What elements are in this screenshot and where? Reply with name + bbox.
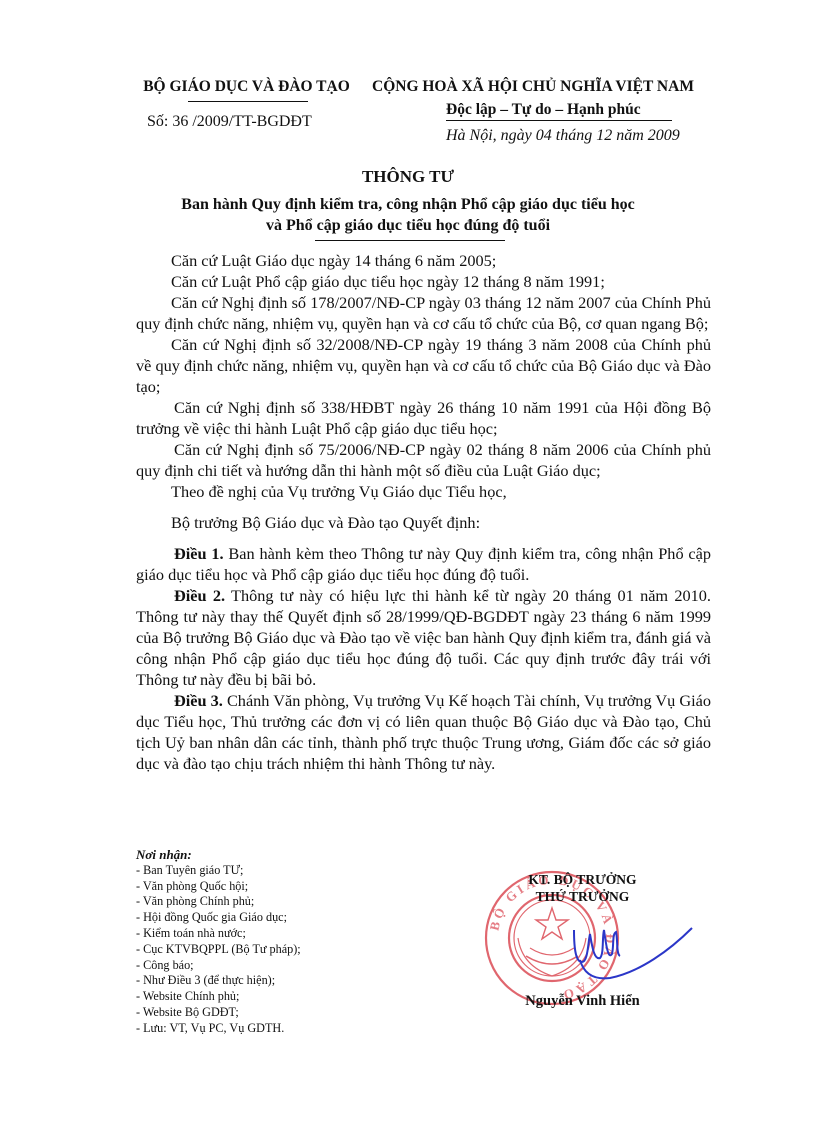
signature-block: BỘ GIÁO DỤC VÀ ĐÀO TẠO KT. BỘ TRƯỞNG THỨ… bbox=[470, 850, 695, 1040]
country-name: CỘNG HOÀ XÃ HỘI CHỦ NGHĨA VIỆT NAM bbox=[372, 78, 694, 96]
preamble-item: Căn cứ Nghị định số 75/2006/NĐ-CP ngày 0… bbox=[136, 439, 711, 481]
recipient-item: - Lưu: VT, Vụ PC, Vụ GDTH. bbox=[136, 1021, 301, 1037]
document-type: THÔNG TƯ bbox=[0, 167, 816, 187]
issuing-agency-block: BỘ GIÁO DỤC VÀ ĐÀO TẠO bbox=[134, 78, 359, 96]
recipient-item: - Website Chính phủ; bbox=[136, 989, 301, 1005]
subject-line-1: Ban hành Quy định kiểm tra, công nhận Ph… bbox=[0, 194, 816, 215]
recipient-item: - Cục KTVBQPPL (Bộ Tư pháp); bbox=[136, 942, 301, 958]
document-subject: Ban hành Quy định kiểm tra, công nhận Ph… bbox=[0, 194, 816, 236]
article-label: Điều 1. bbox=[174, 544, 224, 563]
place-date: Hà Nội, ngày 04 tháng 12 năm 2009 bbox=[446, 127, 680, 145]
motto-underline bbox=[446, 120, 672, 121]
signer-name: Nguyễn Vinh Hiển bbox=[470, 993, 695, 1010]
recipients-list: Nơi nhận: - Ban Tuyên giáo TƯ; - Văn phò… bbox=[136, 847, 301, 1037]
recipient-item: - Kiểm toán nhà nước; bbox=[136, 926, 301, 942]
recipient-item: - Văn phòng Chính phủ; bbox=[136, 894, 301, 910]
article-label: Điều 2. bbox=[174, 586, 225, 605]
subject-underline bbox=[315, 240, 505, 241]
recipient-item: - Văn phòng Quốc hội; bbox=[136, 879, 301, 895]
article-text: Chánh Văn phòng, Vụ trưởng Vụ Kế hoạch T… bbox=[136, 691, 711, 773]
ministry-name: BỘ GIÁO DỤC VÀ ĐÀO TẠO bbox=[134, 78, 359, 96]
article-2: Điều 2. Thông tư này có hiệu lực thi hàn… bbox=[136, 585, 711, 690]
handwritten-signature-icon bbox=[470, 850, 700, 1010]
preamble-item: Căn cứ Nghị định số 32/2008/NĐ-CP ngày 1… bbox=[136, 334, 711, 397]
ministry-underline bbox=[188, 101, 308, 102]
preamble-item: Căn cứ Nghị định số 338/HĐBT ngày 26 thá… bbox=[136, 397, 711, 439]
article-label: Điều 3. bbox=[174, 691, 223, 710]
recipient-item: - Công báo; bbox=[136, 958, 301, 974]
recipient-item: - Như Điều 3 (để thực hiện); bbox=[136, 973, 301, 989]
decision-line: Bộ trưởng Bộ Giáo dục và Đào tạo Quyết đ… bbox=[136, 512, 711, 533]
article-3: Điều 3. Chánh Văn phòng, Vụ trưởng Vụ Kế… bbox=[136, 690, 711, 774]
document-body: Căn cứ Luật Giáo dục ngày 14 tháng 6 năm… bbox=[136, 250, 711, 774]
national-motto: Độc lập – Tự do – Hạnh phúc bbox=[446, 101, 641, 119]
recipient-item: - Hội đồng Quốc gia Giáo dục; bbox=[136, 910, 301, 926]
preamble-item: Căn cứ Nghị định số 178/2007/NĐ-CP ngày … bbox=[136, 292, 711, 334]
subject-line-2: và Phổ cập giáo dục tiểu học đúng độ tuổ… bbox=[0, 215, 816, 236]
preamble-item: Theo đề nghị của Vụ trưởng Vụ Giáo dục T… bbox=[136, 481, 711, 502]
article-1: Điều 1. Ban hành kèm theo Thông tư này Q… bbox=[136, 543, 711, 585]
preamble-item: Căn cứ Luật Giáo dục ngày 14 tháng 6 năm… bbox=[136, 250, 711, 271]
document-number: Số: 36 /2009/TT-BGDĐT bbox=[147, 113, 312, 131]
recipient-item: - Website Bộ GDĐT; bbox=[136, 1005, 301, 1021]
recipient-item: - Ban Tuyên giáo TƯ; bbox=[136, 863, 301, 879]
recipients-title: Nơi nhận: bbox=[136, 847, 301, 863]
preamble-item: Căn cứ Luật Phổ cập giáo dục tiểu học ng… bbox=[136, 271, 711, 292]
